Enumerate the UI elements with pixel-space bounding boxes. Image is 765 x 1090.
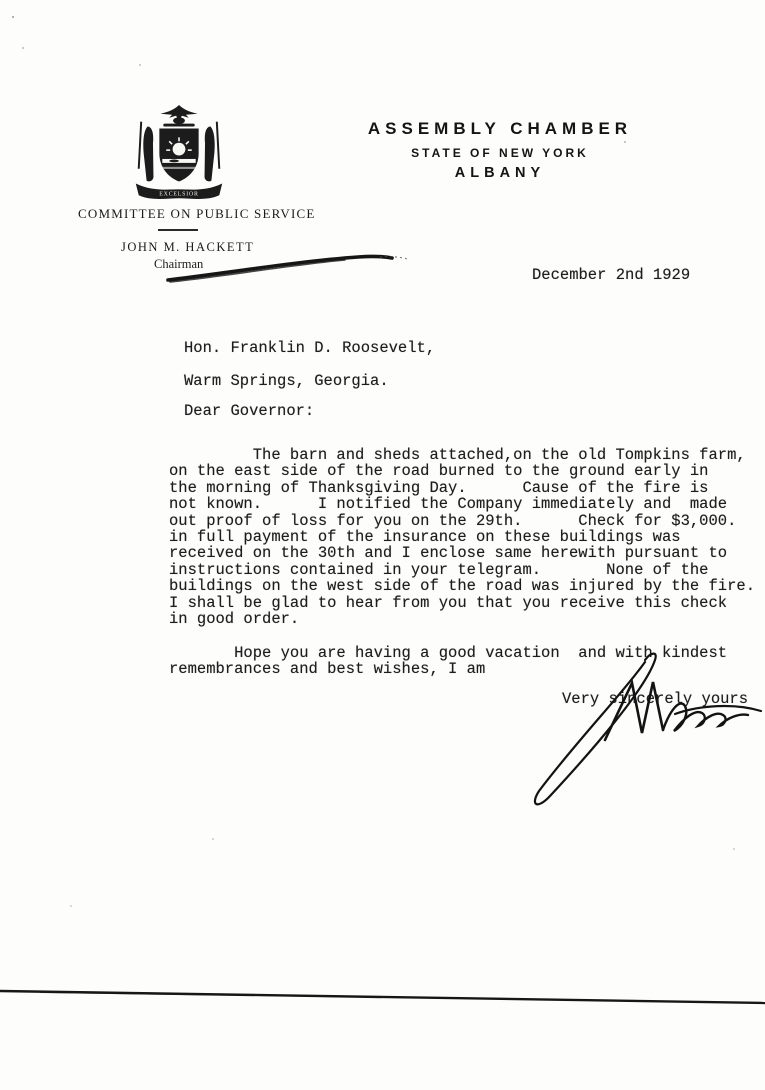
scan-speck (624, 141, 626, 143)
letter-page: EXCELSIOR ASSEMBLY CHAMBER STATE OF NEW … (0, 0, 765, 1090)
letter-body: The barn and sheds attached,on the old T… (169, 447, 755, 627)
scan-speck (12, 16, 14, 18)
hackett-signature-icon (495, 648, 765, 813)
recipient-line1: Hon. Franklin D. Roosevelt, (184, 339, 435, 357)
page-bottom-scan-line (0, 983, 765, 1009)
letterhead-subtitle: STATE OF NEW YORK (350, 146, 650, 160)
scan-speck (733, 848, 735, 850)
ny-coat-of-arms-icon: EXCELSIOR (124, 103, 234, 211)
scan-speck (139, 64, 141, 66)
date-line: December 2nd 1929 (532, 267, 690, 283)
letterhead-block: ASSEMBLY CHAMBER STATE OF NEW YORK ALBAN… (350, 119, 650, 181)
committee-name: COMMITTEE ON PUBLIC SERVICE (78, 206, 316, 222)
salutation: Dear Governor: (184, 403, 314, 419)
scan-speck (212, 838, 214, 840)
letterhead-city: ALBANY (350, 165, 650, 181)
recipient-line2: Warm Springs, Georgia. (184, 372, 389, 390)
scan-speck (22, 47, 24, 49)
pen-flourish-stroke (160, 250, 410, 286)
scan-speck (70, 905, 72, 907)
letterhead-title: ASSEMBLY CHAMBER (350, 119, 650, 139)
letterhead-divider (158, 229, 198, 231)
recipient-address: Hon. Franklin D. Roosevelt, Warm Springs… (184, 340, 435, 389)
seal-motto-text: EXCELSIOR (159, 191, 198, 197)
